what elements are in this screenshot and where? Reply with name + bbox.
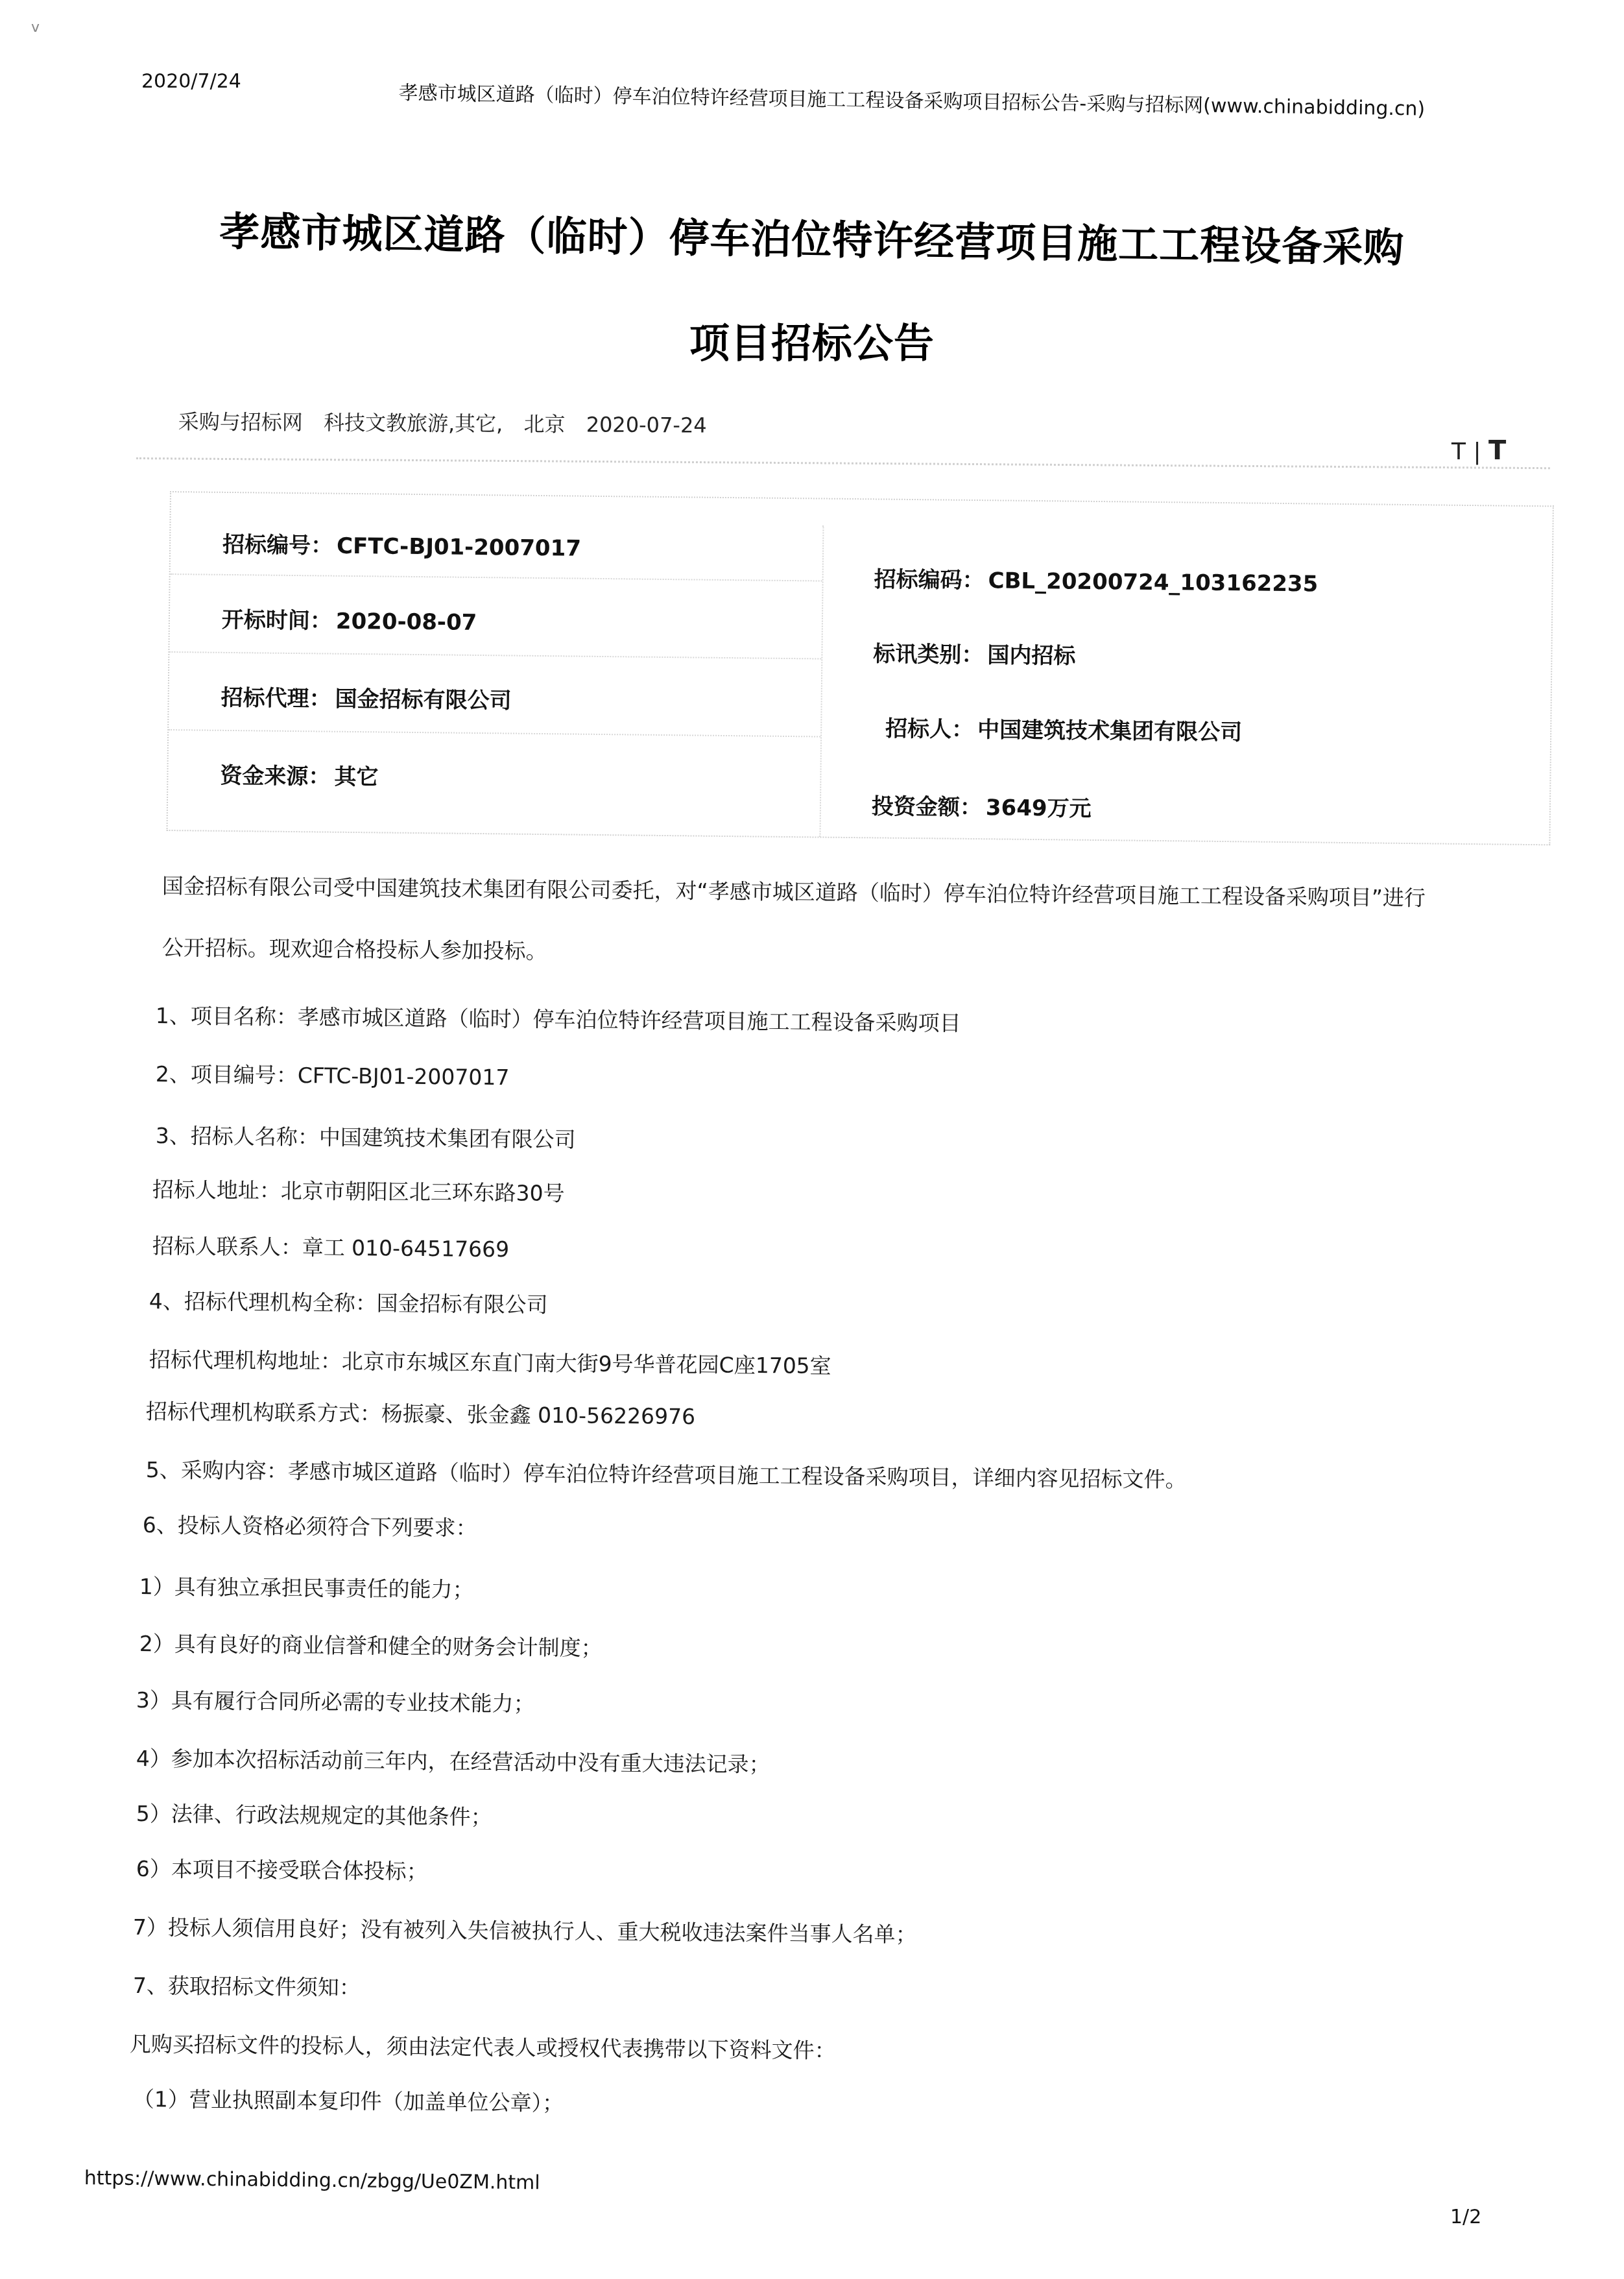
body-line: 7、获取招标文件须知： <box>133 1969 361 2001</box>
info-tender-number: 招标编号：CFTC-BJ01-2007017 <box>222 527 581 562</box>
font-size-toggle: T | T <box>1451 436 1506 466</box>
body-line: 1）具有独立承担民事责任的能力； <box>139 1570 474 1604</box>
info-investment-amount: 投资金额：3649万元 <box>872 788 1092 823</box>
body-line: 国金招标有限公司受中国建筑技术集团有限公司委托，对“孝感市城区道路（临时）停车泊… <box>162 869 1426 912</box>
table-row-divider <box>169 651 821 660</box>
body-line: 招标代理机构联系方式：杨振豪、张金鑫 010-56226976 <box>146 1395 696 1430</box>
body-line: 7）投标人须信用良好；没有被列入失信被执行人、重大税收违法案件当事人名单； <box>133 1911 917 1949</box>
body-line: 凡购买招标文件的投标人，须由法定代表人或授权代表携带以下资料文件： <box>130 2027 836 2064</box>
info-notice-type: 标讯类别：国内招标 <box>873 636 1075 669</box>
info-label: 招标人： <box>885 716 973 743</box>
print-footer-url: https://www.chinabidding.cn/zbgg/Ue0ZM.h… <box>84 2167 540 2194</box>
info-label: 资金来源： <box>220 763 330 790</box>
body-line: （1）营业执照副本复印件（加盖单位公章）； <box>133 2082 564 2117</box>
info-label: 招标编码： <box>874 566 984 594</box>
body-line: 2）具有良好的商业信誉和健全的财务会计制度； <box>139 1627 603 1662</box>
body-line: 6）本项目不接受联合体投标； <box>136 1852 428 1885</box>
table-row-divider <box>169 729 820 738</box>
meta-category[interactable]: 科技文教旅游,其它, <box>324 411 503 437</box>
info-agency: 招标代理：国金招标有限公司 <box>221 680 511 715</box>
body-line: 4）参加本次招标活动前三年内，在经营活动中没有重大违法记录； <box>136 1742 770 1778</box>
body-line: 5、采购内容：孝感市城区道路（临时）停车泊位特许经营项目施工工程设备采购项目，详… <box>146 1453 1187 1493</box>
body-line: 6、投标人资格必须符合下列要求： <box>143 1508 477 1542</box>
body-line: 公开招标。现欢迎合格投标人参加投标。 <box>162 931 547 965</box>
info-value: CBL_20200724_103162235 <box>988 568 1318 597</box>
font-small-button[interactable]: T <box>1451 439 1466 465</box>
info-opening-time: 开标时间：2020-08-07 <box>222 602 477 636</box>
table-row-divider <box>171 573 822 582</box>
article-title-line-2: 项目招标公告 <box>0 311 1624 369</box>
info-label: 标讯类别： <box>873 641 983 668</box>
body-line: 3）具有履行合同所必需的专业技术能力； <box>136 1683 535 1718</box>
body-line: 招标人地址：北京市朝阳区北三环东路30号 <box>152 1173 565 1207</box>
font-toggle-separator: | <box>1473 439 1481 465</box>
article-title-line-1: 孝感市城区道路（临时）停车泊位特许经营项目施工工程设备采购 <box>0 197 1624 277</box>
body-line: 3、招标人名称：中国建筑技术集团有限公司 <box>156 1119 576 1153</box>
font-large-button[interactable]: T <box>1488 436 1506 466</box>
body-line: 招标代理机构地址：北京市东城区东直门南大街9号华普花园C座1705室 <box>149 1343 831 1380</box>
tender-info-table: 招标编号：CFTC-BJ01-2007017 开标时间：2020-08-07 招… <box>167 491 1554 845</box>
info-fund-source: 资金来源：其它 <box>220 758 378 791</box>
body-line: 4、招标代理机构全称：国金招标有限公司 <box>149 1284 548 1319</box>
info-label: 招标编号： <box>222 532 333 559</box>
body-line: 5）法律、行政法规规定的其他条件； <box>136 1797 492 1831</box>
info-value: 其它 <box>334 764 378 791</box>
print-page-title: 孝感市城区道路（临时）停车泊位特许经营项目施工工程设备采购项目招标公告-采购与招… <box>398 77 1425 121</box>
info-tender-code: 招标编码：CBL_20200724_103162235 <box>874 561 1318 597</box>
header-divider <box>136 457 1550 469</box>
meta-region: 北京 <box>523 412 565 437</box>
info-label: 招标代理： <box>221 685 331 712</box>
info-tenderer: 招标人：中国建筑技术集团有限公司 <box>885 711 1242 747</box>
meta-source[interactable]: 采购与招标网 <box>178 409 303 435</box>
body-line: 1、项目名称：孝感市城区道路（临时）停车泊位特许经营项目施工工程设备采购项目 <box>156 999 961 1037</box>
body-line: 2、项目编号：CFTC-BJ01-2007017 <box>156 1057 510 1091</box>
info-label: 投资金额： <box>872 793 982 821</box>
info-value: 国金招标有限公司 <box>335 686 511 714</box>
info-value: CFTC-BJ01-2007017 <box>337 533 581 562</box>
article-meta: 采购与招标网 科技文教旅游,其它, 北京 2020-07-24 <box>178 405 721 439</box>
info-value: 2020-08-07 <box>336 609 477 636</box>
body-line: 招标人联系人：章工 010-64517669 <box>152 1229 510 1263</box>
scan-corner-mark: v <box>31 19 40 36</box>
info-value: 国内招标 <box>987 642 1075 669</box>
print-page-number: 1/2 <box>1450 2206 1481 2228</box>
table-column-divider <box>819 525 824 837</box>
info-label: 开标时间： <box>222 607 332 634</box>
info-value: 3649万元 <box>986 795 1092 822</box>
info-value: 中国建筑技术集团有限公司 <box>977 717 1242 745</box>
meta-date: 2020-07-24 <box>586 412 707 437</box>
print-date: 2020/7/24 <box>141 70 241 93</box>
